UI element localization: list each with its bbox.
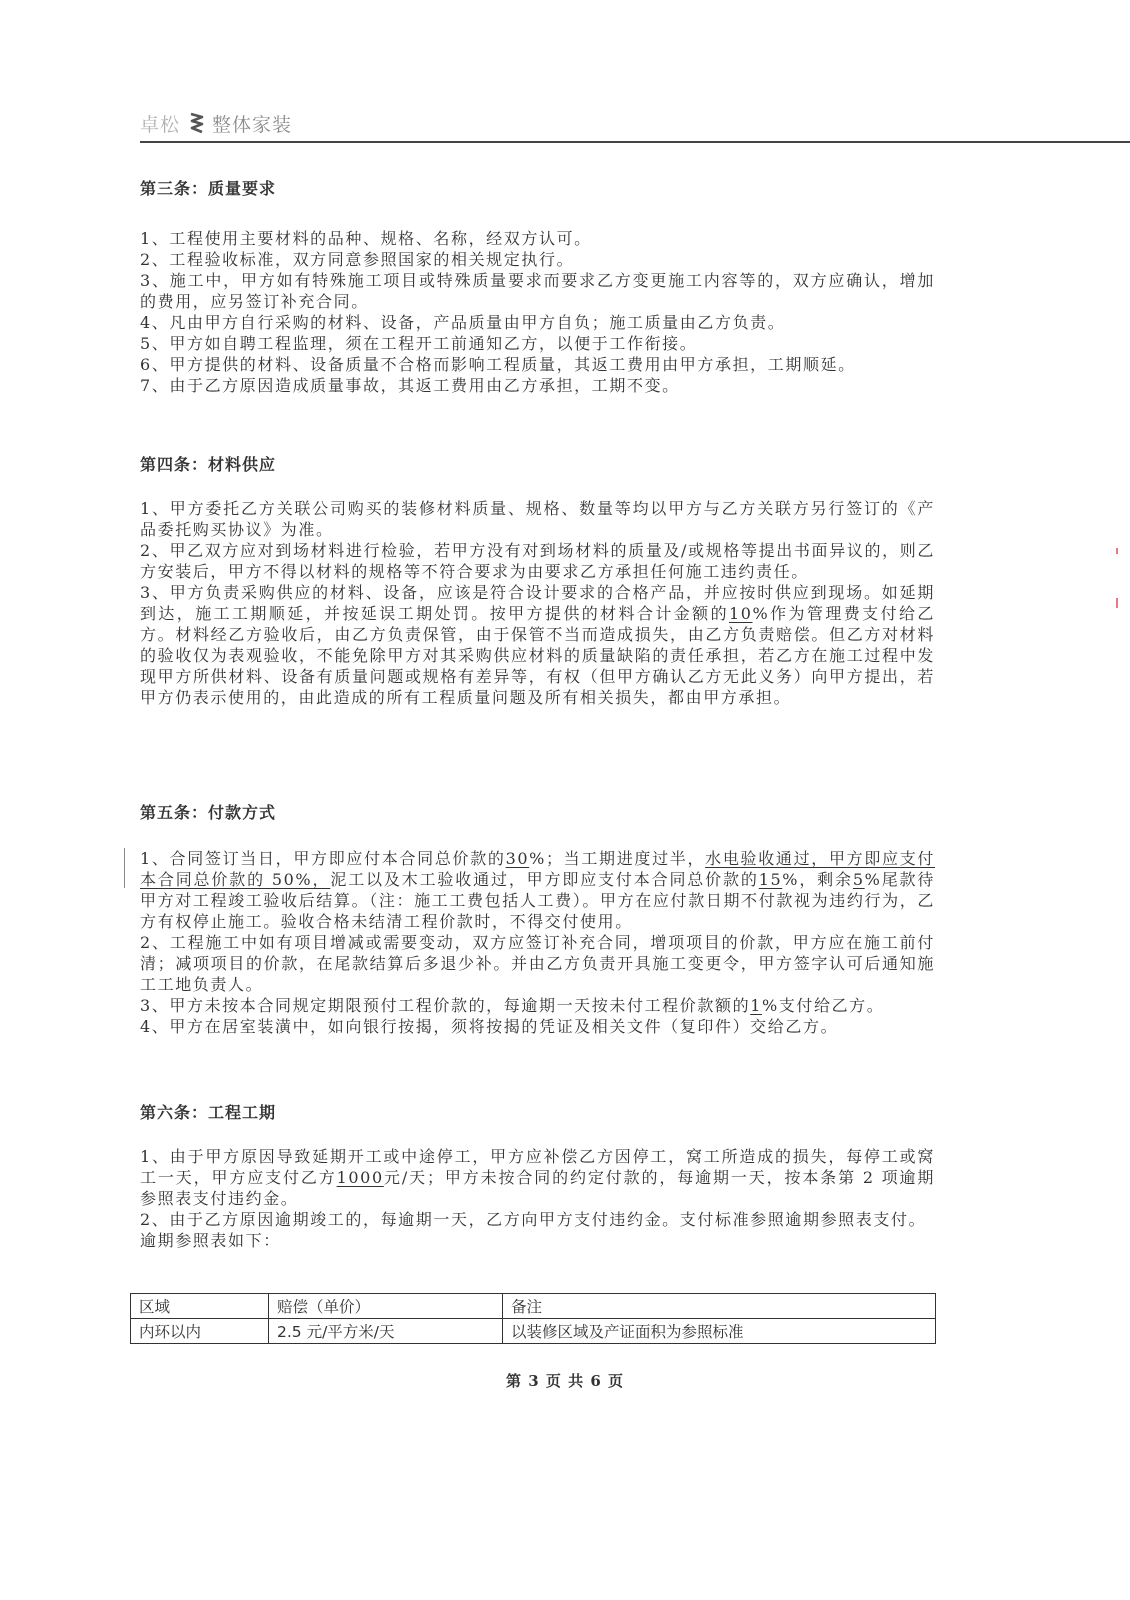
clause: 3、甲方未按本合同规定期限预付工程价款的，每逾期一天按未付工程价款额的1%支付给…: [140, 995, 935, 1016]
clause: 1、由于甲方原因导致延期开工或中途停工，甲方应补偿乙方因停工，窝工所造成的损失，…: [140, 1146, 935, 1209]
revision-bar: [124, 848, 125, 888]
letterhead: 卓松 整体家装: [140, 108, 292, 138]
clause: 2、工程施工中如有项目增减或需要变动，双方应签订补充合同，增项项目的价款，甲方应…: [140, 932, 935, 995]
clause: 1、甲方委托乙方关联公司购买的装修材料质量、规格、数量等均以甲方与乙方关联方另行…: [140, 498, 935, 540]
section-body-materials: 1、甲方委托乙方关联公司购买的装修材料质量、规格、数量等均以甲方与乙方关联方另行…: [140, 498, 935, 708]
section-body-quality: 1、工程使用主要材料的品种、规格、名称，经双方认可。 2、工程验收标准，双方同意…: [140, 228, 935, 396]
logo-brand-name: 卓松: [140, 110, 180, 137]
section-title-payment: 第五条：付款方式: [140, 800, 276, 823]
scan-artifact: [1116, 548, 1118, 554]
clause: 6、甲方提供的材料、设备质量不合格而影响工程质量，其返工费用由甲方承担，工期顺延…: [140, 354, 935, 375]
table-header-cell: 备注: [503, 1294, 936, 1319]
clause: 4、凡由甲方自行采购的材料、设备，产品质量由甲方自负；施工质量由乙方负责。: [140, 312, 935, 333]
late-fee-percent: 1: [750, 996, 762, 1015]
table-caption: 逾期参照表如下：: [140, 1230, 935, 1251]
clause: 4、甲方在居室装潢中，如向银行按揭，须将按揭的凭证及相关文件（复印件）交给乙方。: [140, 1016, 935, 1037]
header-divider: [140, 141, 1130, 143]
scan-artifact: [1116, 598, 1118, 608]
table-header-cell: 赔偿（单价）: [269, 1294, 503, 1319]
clause: 2、甲乙双方应对到场材料进行检验，若甲方没有对到场材料的质量及/或规格等提出书面…: [140, 540, 935, 582]
table-cell: 内环以内: [131, 1319, 269, 1344]
wave-s-icon: [188, 111, 206, 135]
clause: 2、由于乙方原因逾期竣工的，每逾期一天，乙方向甲方支付违约金。支付标准参照逾期参…: [140, 1209, 935, 1230]
table-header-row: 区域 赔偿（单价） 备注: [131, 1294, 936, 1319]
section-title-materials: 第四条：材料供应: [140, 452, 276, 475]
table-row: 内环以内 2.5 元/平方米/天 以装修区域及产证面积为参照标准: [131, 1319, 936, 1344]
final-payment-percent: 5: [853, 870, 865, 889]
overdue-reference-table: 区域 赔偿（单价） 备注 内环以内 2.5 元/平方米/天 以装修区域及产证面积…: [130, 1293, 936, 1344]
carpentry-payment-percent: 15: [759, 870, 783, 889]
section-title-schedule: 第六条：工程工期: [140, 1100, 276, 1123]
table-cell: 2.5 元/平方米/天: [269, 1319, 503, 1344]
logo-tagline: 整体家装: [212, 110, 292, 137]
section-body-schedule: 1、由于甲方原因导致延期开工或中途停工，甲方应补偿乙方因停工，窝工所造成的损失，…: [140, 1146, 935, 1251]
clause: 7、由于乙方原因造成质量事故，其返工费用由乙方承担，工期不变。: [140, 375, 935, 396]
page-number: 第 3 页 共 6 页: [0, 1370, 1130, 1391]
deposit-percent: 30: [506, 849, 530, 868]
daily-compensation: 1000: [337, 1168, 384, 1187]
section-title-quality: 第三条：质量要求: [140, 176, 276, 199]
clause: 2、工程验收标准，双方同意参照国家的相关规定执行。: [140, 249, 935, 270]
table-cell: 以装修区域及产证面积为参照标准: [503, 1319, 936, 1344]
clause: 3、施工中，甲方如有特殊施工项目或特殊质量要求而要求乙方变更施工内容等的，双方应…: [140, 270, 935, 312]
clause: 3、甲方负责采购供应的材料、设备，应该是符合设计要求的合格产品，并应按时供应到现…: [140, 582, 935, 708]
management-fee-percent: 10: [729, 604, 753, 623]
table-header-cell: 区域: [131, 1294, 269, 1319]
clause: 5、甲方如自聘工程监理，须在工程开工前通知乙方，以便于工作衔接。: [140, 333, 935, 354]
clause: 1、工程使用主要材料的品种、规格、名称，经双方认可。: [140, 228, 935, 249]
section-body-payment: 1、合同签订当日，甲方即应付本合同总价款的30%；当工期进度过半，水电验收通过，…: [140, 848, 935, 1037]
clause: 1、合同签订当日，甲方即应付本合同总价款的30%；当工期进度过半，水电验收通过，…: [140, 848, 935, 932]
document-page: 卓松 整体家装 第三条：质量要求 1、工程使用主要材料的品种、规格、名称，经双方…: [0, 0, 1130, 1600]
